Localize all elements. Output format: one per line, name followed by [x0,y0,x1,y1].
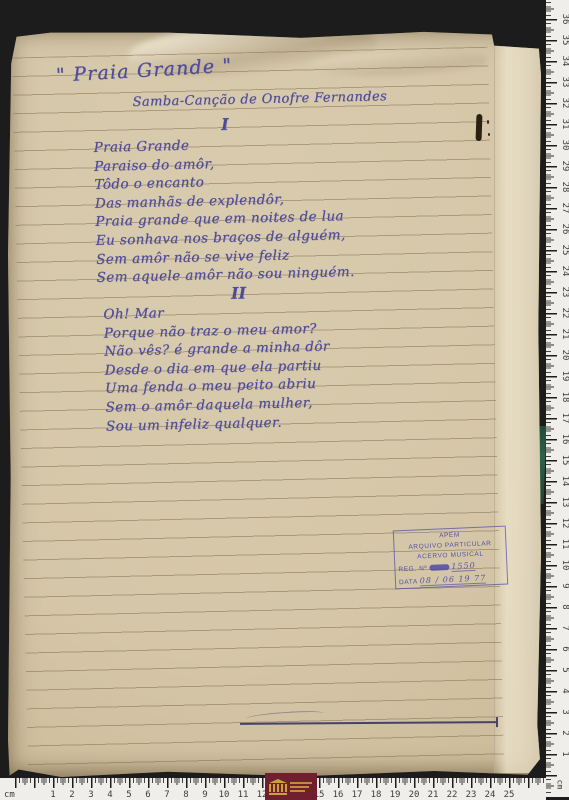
ruler-number: 21 [428,790,439,800]
ruler-unit-label: cm [556,778,565,792]
ruler-number: 22 [554,307,569,319]
ruler-number: 10 [219,790,230,800]
ruler-number: 13 [554,496,569,508]
ruler-unit-label: cm [4,790,15,800]
ruler-number: 36 [554,13,569,25]
stanza-1: Praia GrandeParaiso do amôr,Tôdo o encan… [93,133,354,288]
ruler-vertical: 3635343332313029282726252423222120191817… [546,0,569,797]
ruler-number: 7 [164,790,169,800]
ruler-number: 3 [554,706,569,718]
ruler-number: 8 [183,790,188,800]
ruler-number: 23 [554,286,569,298]
ruler-number: 18 [554,391,569,403]
ink-speck [488,133,490,136]
ruler-number: 12 [554,517,569,529]
stamp-reg-number: 1550 [451,561,476,572]
ruler-number: 35 [554,34,569,46]
ruler-number: 24 [485,790,496,800]
stanza-2: Oh! MarPorque não traz o meu amor?Não vê… [103,301,331,436]
ruler-number: 10 [554,559,569,571]
ruler-number: 28 [554,181,569,193]
archive-stamp: APEM ARQUIVO PARTICULAR ACERVO MUSICAL R… [393,526,508,590]
ruler-number: 5 [554,664,569,676]
ruler-number: 7 [554,622,569,634]
ruler-number: 4 [107,790,112,800]
building-icon [269,779,287,795]
ruler-horizontal: cm 1234567891011121314151617181920212223… [0,778,546,800]
ruler-number: 16 [554,433,569,445]
song-subtitle: Samba-Canção de Onofre Fernandes [132,89,387,110]
ruler-number: 9 [554,580,569,592]
logo-text-lines [290,782,312,792]
part-1-numeral: I [221,115,229,134]
ink-speck [487,120,489,124]
handwritten-text: " Praia Grande " Samba-Canção de Onofre … [3,25,553,784]
ruler-number: 27 [554,202,569,214]
ruler-number: 5 [126,790,131,800]
ruler-number: 18 [371,790,382,800]
ruler-number: 6 [554,643,569,655]
stamp-date-label: DATA [399,578,418,586]
ruler-number: 26 [554,223,569,235]
ruler-number: 9 [202,790,207,800]
ruler-number: 23 [466,790,477,800]
ruler-number: 11 [238,790,249,800]
ruler-number: 6 [145,790,150,800]
ruler-number: 20 [409,790,420,800]
ruler-number: 11 [554,538,569,550]
song-title: " Praia Grande " [55,55,233,87]
ruler-number: 17 [554,412,569,424]
ruler-number: 30 [554,139,569,151]
ruler-number: 16 [333,790,344,800]
ruler-number: 24 [554,265,569,277]
part-2-numeral: II [231,283,246,302]
ruler-number: 1 [50,790,55,800]
ruler-number: 2 [69,790,74,800]
ruler-number: 17 [352,790,363,800]
ruler-number: 32 [554,97,569,109]
ruler-number: 4 [554,685,569,697]
ruler-number: 31 [554,118,569,130]
ink-blot [476,114,483,141]
ruler-number: 34 [554,55,569,67]
ruler-number: 33 [554,76,569,88]
ruler-number: 2 [554,727,569,739]
ruler-number: 15 [554,454,569,466]
ruler-number: 19 [554,370,569,382]
scanned-manuscript-page: { "manuscript": { "title": "\" Praia Gra… [0,0,569,800]
ruler-number: 20 [554,349,569,361]
ruler-number: 22 [447,790,458,800]
ruler-number: 29 [554,160,569,172]
ruler-number: 3 [88,790,93,800]
archive-logo [265,773,317,800]
ruler-number: 1 [554,748,569,760]
stamp-reg-label: REG. Nº [398,565,427,573]
ruler-number: 8 [554,601,569,613]
ruler-number: 14 [554,475,569,487]
ruler-number: 21 [554,328,569,340]
crossed-out-number [429,565,449,572]
ruler-number: 25 [504,790,515,800]
stamp-date-value: 08 / 06 19 77 [420,573,487,586]
ruler-number: 19 [390,790,401,800]
ruler-number: 25 [554,244,569,256]
manuscript-paper: " Praia Grande " Samba-Canção de Onofre … [8,30,541,777]
